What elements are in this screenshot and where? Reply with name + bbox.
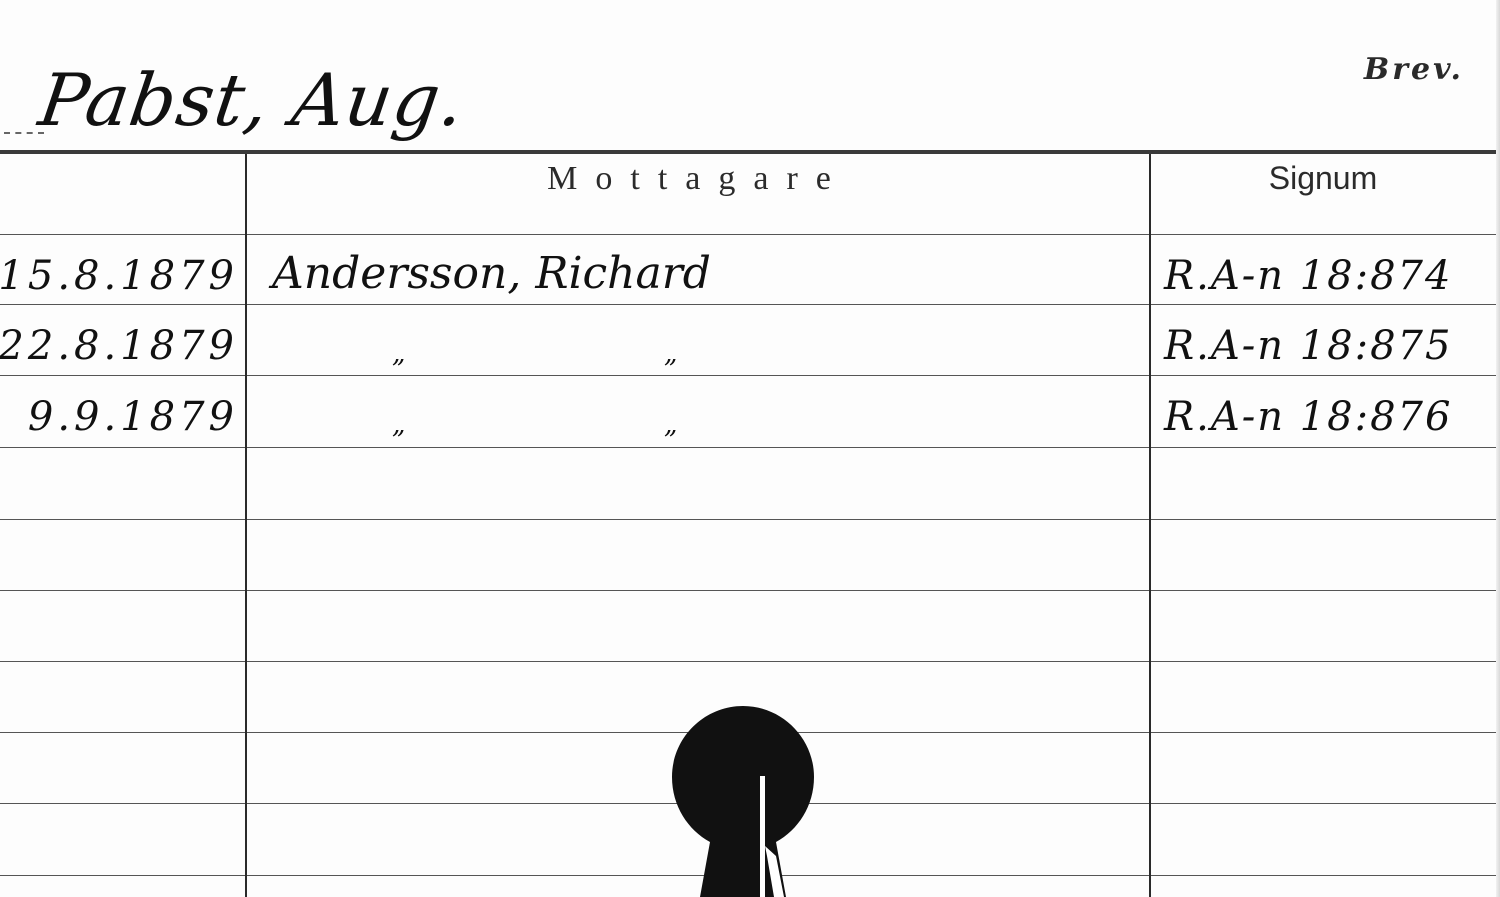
entry-date: 22.8.1879 [18,304,238,375]
entry-row: 22.8.1879 „ „ R.A-n 18:875 [0,304,1496,375]
correspondent-name: Pabst, Aug. [34,58,470,142]
entry-row: 9.9.1879 „ „ R.A-n 18:876 [0,375,1496,446]
ditto-mark-given-name: „ [664,304,704,375]
keyhole-punch-icon [672,706,814,897]
category-label: Brev. [1364,52,1464,87]
entry-row: 15.8.1879 Andersson, Richard R.A-n 18:87… [0,234,1496,305]
header-rule [0,150,1496,154]
rule-line [0,590,1496,591]
rule-line [0,519,1496,520]
entry-date: 15.8.1879 [18,234,238,305]
rule-line [0,661,1496,662]
entry-date: 9.9.1879 [18,375,238,446]
ditto-mark-surname: „ [392,375,432,446]
column-header-signum: Signum [1150,160,1496,197]
ditto-mark-surname: „ [392,304,432,375]
entry-signum: R.A-n 18:875 [1164,304,1484,375]
ditto-mark-given-name: „ [664,375,704,446]
entry-recipient: Andersson, Richard [272,234,1132,305]
entry-signum: R.A-n 18:876 [1164,375,1484,446]
archive-index-card: Pabst, Aug. Brev. Mottagare Signum 15.8.… [0,0,1500,897]
column-header-recipient: Mottagare [246,160,1150,198]
rule-line [0,447,1496,448]
entry-signum: R.A-n 18:874 [1164,234,1484,305]
card-edge [1496,0,1500,897]
